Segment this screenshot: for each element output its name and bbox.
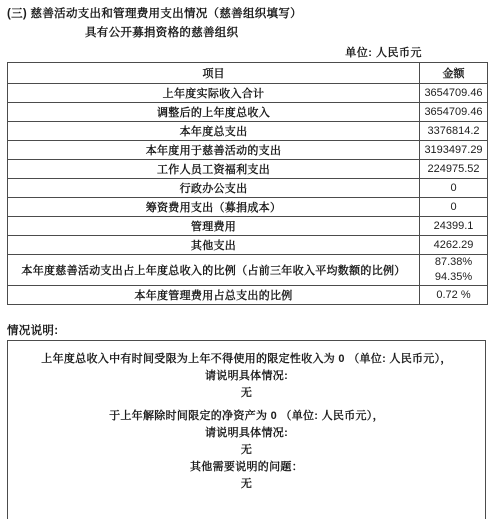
ratio-value-secondary: 94.35% bbox=[423, 270, 484, 285]
table-row: 管理费用 24399.1 bbox=[8, 217, 488, 236]
row-value: 3376814.2 bbox=[420, 122, 488, 141]
table-header-row: 项目 金额 bbox=[8, 63, 488, 84]
row-label: 其他支出 bbox=[8, 236, 420, 255]
row-value: 0 bbox=[420, 179, 488, 198]
row-value: 0 bbox=[420, 198, 488, 217]
row-label: 行政办公支出 bbox=[8, 179, 420, 198]
charity-expenditure-report-page: (三) 慈善活动支出和管理费用支出情况（慈善组织填写） 具有公开募捐资格的慈善组… bbox=[0, 0, 490, 519]
row-label: 本年度用于慈善活动的支出 bbox=[8, 141, 420, 160]
expenditure-table: 项目 金额 上年度实际收入合计 3654709.46 调整后的上年度总收入 36… bbox=[7, 62, 488, 305]
note-explain-prompt: 请说明具体情况: bbox=[8, 426, 485, 440]
row-value: 3654709.46 bbox=[420, 103, 488, 122]
notes-heading: 情况说明: bbox=[7, 322, 58, 338]
row-value: 224975.52 bbox=[420, 160, 488, 179]
ratio-value-primary: 87.38% bbox=[423, 255, 484, 270]
note-released-assets-statement: 于上年解除时间限定的净资产为 0 （单位: 人民币元）， bbox=[8, 409, 485, 423]
table-row: 本年度用于慈善活动的支出 3193497.29 bbox=[8, 141, 488, 160]
table-row: 筹资费用支出（募捐成本） 0 bbox=[8, 198, 488, 217]
table-row: 工作人员工资福利支出 224975.52 bbox=[8, 160, 488, 179]
notes-box: 上年度总收入中有时间受限为上年不得使用的限定性收入为 0 （单位: 人民币元），… bbox=[7, 340, 486, 519]
table-row: 本年度总支出 3376814.2 bbox=[8, 122, 488, 141]
note-other-issues-prompt: 其他需要说明的问题： bbox=[8, 460, 485, 474]
table-row: 调整后的上年度总收入 3654709.46 bbox=[8, 103, 488, 122]
section-title: (三) 慈善活动支出和管理费用支出情况（慈善组织填写） bbox=[7, 5, 302, 21]
note-answer-none: 无 bbox=[8, 477, 485, 491]
table-row: 上年度实际收入合计 3654709.46 bbox=[8, 84, 488, 103]
organization-type-subtitle: 具有公开募捐资格的慈善组织 bbox=[85, 24, 238, 40]
note-answer-none: 无 bbox=[8, 386, 485, 400]
row-label: 工作人员工资福利支出 bbox=[8, 160, 420, 179]
row-value: 0.72 % bbox=[420, 286, 488, 305]
table-row-ratio-management: 本年度管理费用占总支出的比例 0.72 % bbox=[8, 286, 488, 305]
note-answer-none: 无 bbox=[8, 443, 485, 457]
row-label: 调整后的上年度总收入 bbox=[8, 103, 420, 122]
currency-unit-label: 单位: 人民币元 bbox=[345, 44, 422, 60]
table-row: 其他支出 4262.29 bbox=[8, 236, 488, 255]
row-label: 本年度管理费用占总支出的比例 bbox=[8, 286, 420, 305]
row-value: 3193497.29 bbox=[420, 141, 488, 160]
row-label: 筹资费用支出（募捐成本） bbox=[8, 198, 420, 217]
column-header-amount: 金额 bbox=[420, 63, 488, 84]
row-label: 本年度慈善活动支出占上年度总收入的比例（占前三年收入平均数额的比例） bbox=[8, 255, 420, 286]
row-value: 24399.1 bbox=[420, 217, 488, 236]
note-explain-prompt: 请说明具体情况: bbox=[8, 369, 485, 383]
row-label: 上年度实际收入合计 bbox=[8, 84, 420, 103]
table-row-ratio-charity: 本年度慈善活动支出占上年度总收入的比例（占前三年收入平均数额的比例） 87.38… bbox=[8, 255, 488, 286]
row-value: 3654709.46 bbox=[420, 84, 488, 103]
note-restricted-income-statement: 上年度总收入中有时间受限为上年不得使用的限定性收入为 0 （单位: 人民币元）， bbox=[8, 352, 485, 366]
row-label: 本年度总支出 bbox=[8, 122, 420, 141]
row-value: 4262.29 bbox=[420, 236, 488, 255]
column-header-item: 项目 bbox=[8, 63, 420, 84]
row-value-stacked: 87.38% 94.35% bbox=[420, 255, 488, 286]
table-row: 行政办公支出 0 bbox=[8, 179, 488, 198]
row-label: 管理费用 bbox=[8, 217, 420, 236]
